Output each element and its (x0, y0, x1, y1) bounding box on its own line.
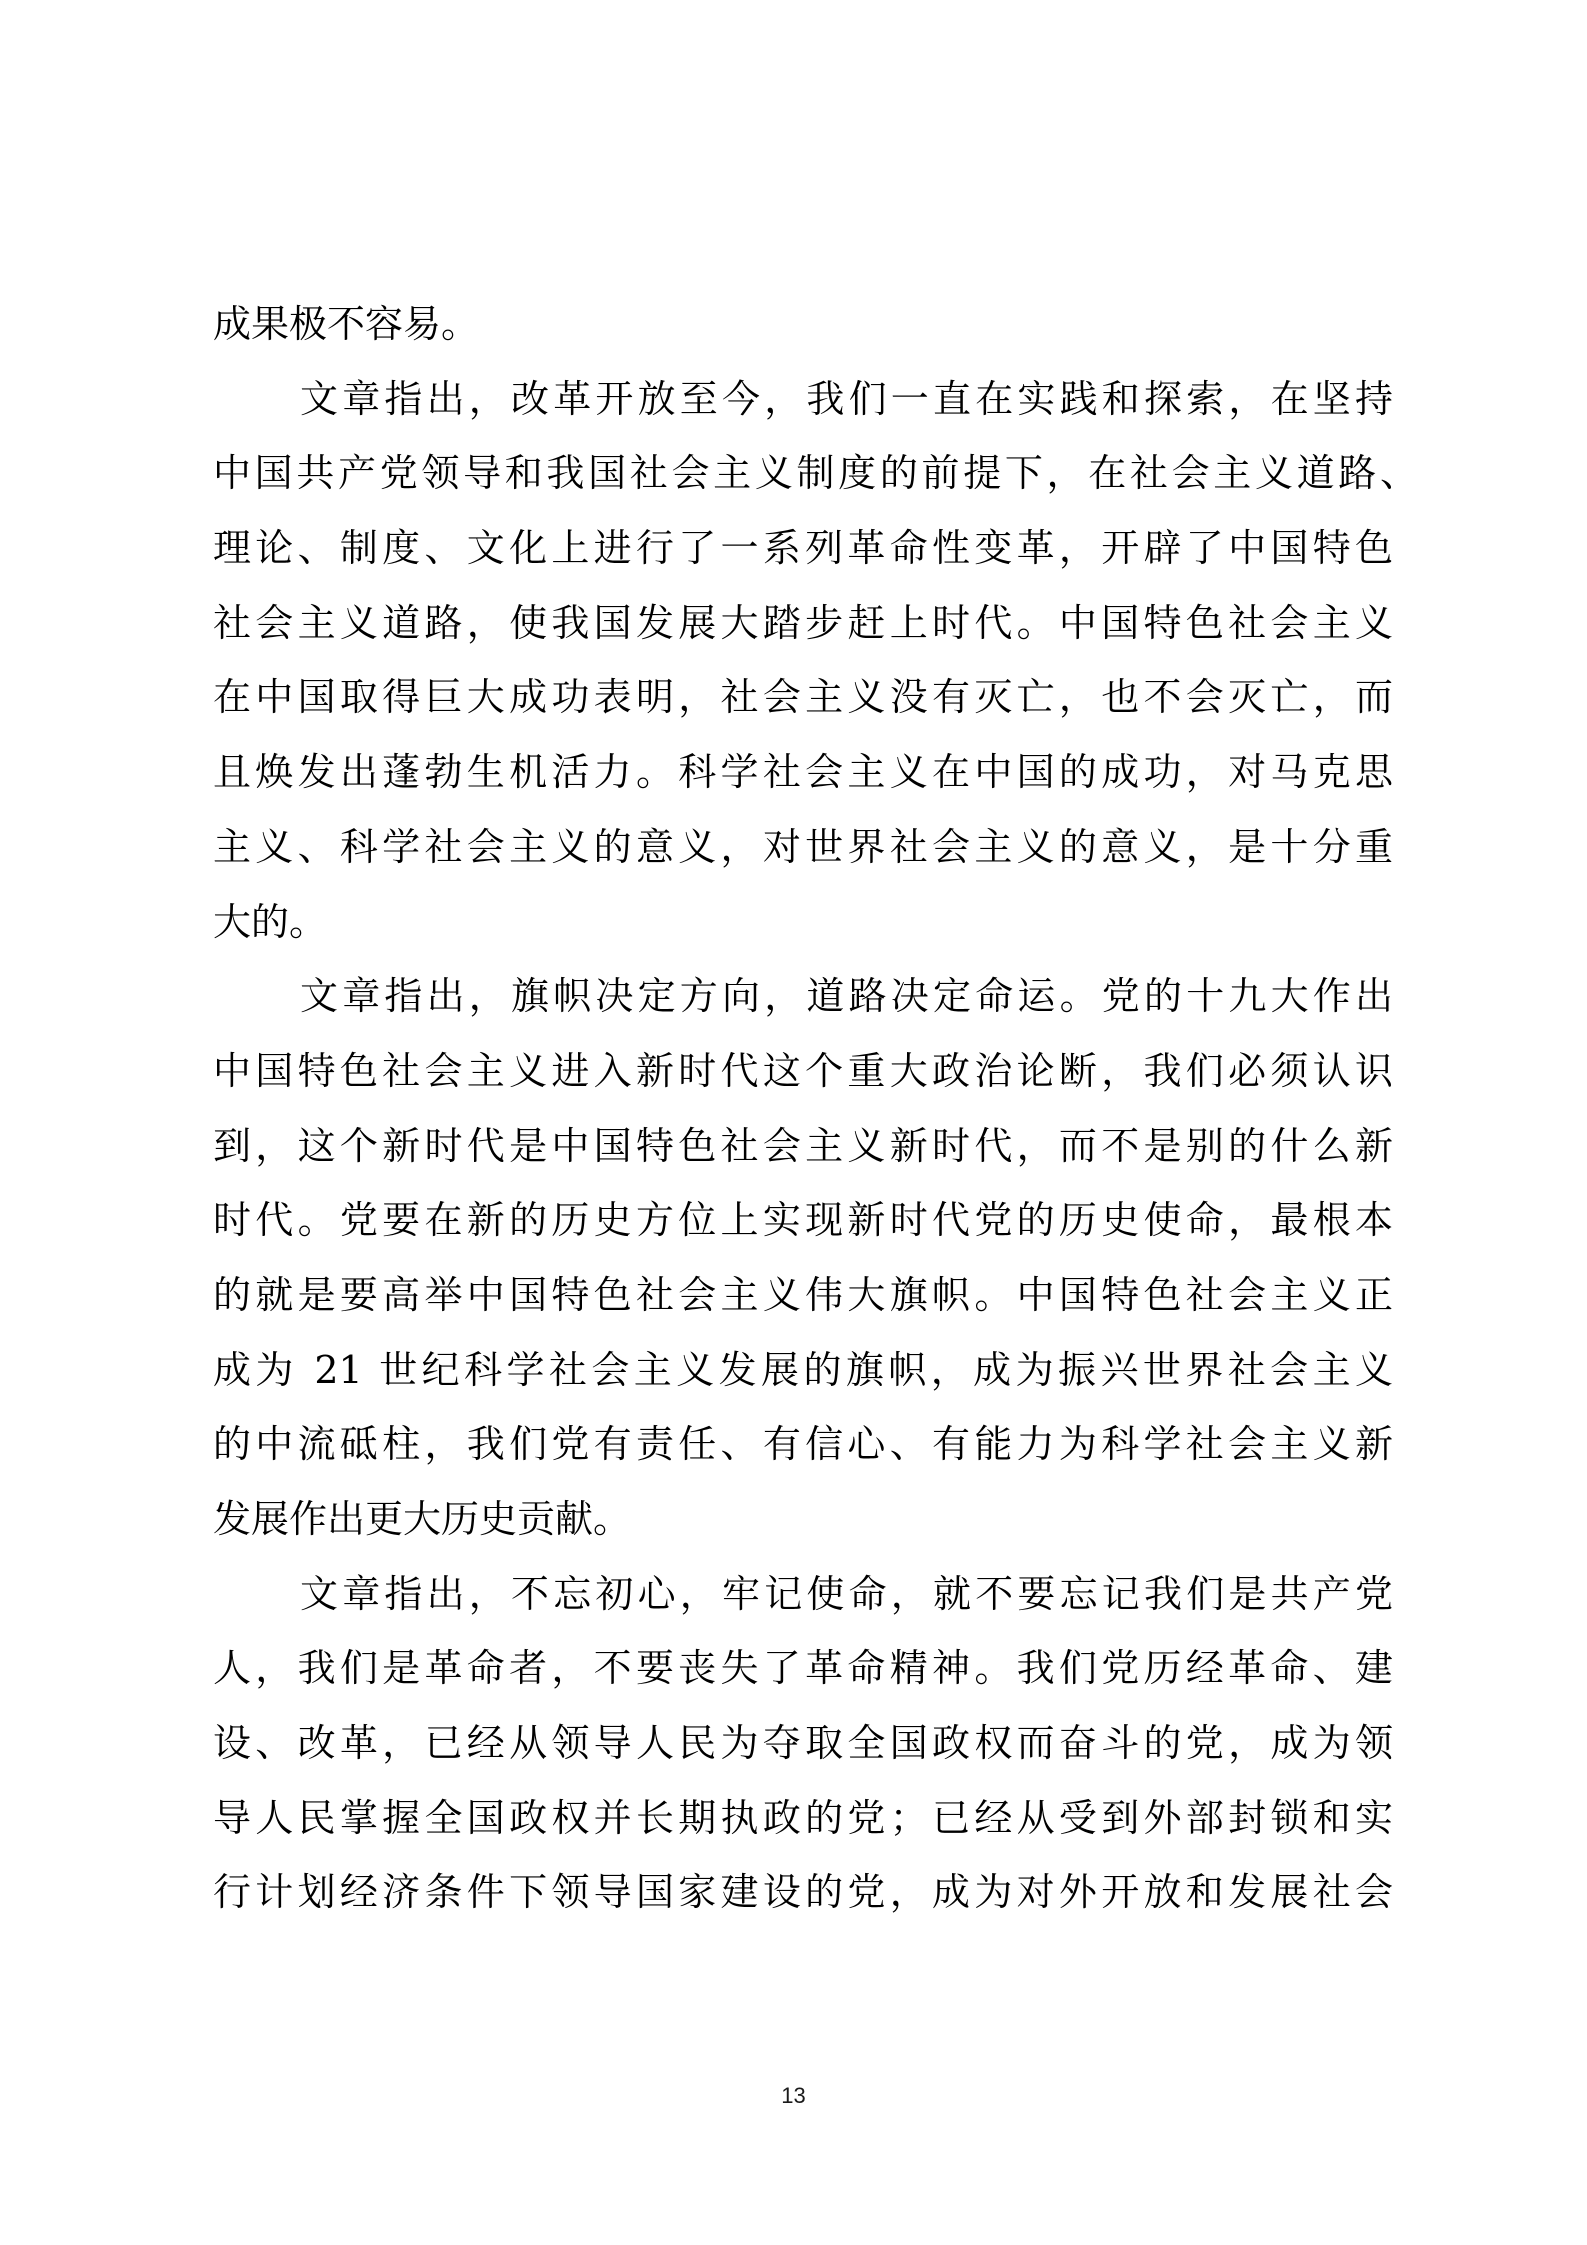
text-line: 且焕发出蓬勃生机活力。科学社会主义在中国的成功，对马克思 (213, 735, 1393, 810)
text-line: 文章指出，不忘初心，牢记使命，就不要忘记我们是共产党 (213, 1557, 1393, 1632)
text-line: 发展作出更大历史贡献。 (213, 1482, 1393, 1557)
text-line: 设、改革，已经从领导人民为夺取全国政权而奋斗的党，成为领 (213, 1706, 1393, 1781)
text-line: 大的。 (213, 885, 1393, 960)
text-line: 导人民掌握全国政权并长期执政的党；已经从受到外部封锁和实 (213, 1781, 1393, 1856)
paragraph-continuation: 成果极不容易。 (213, 287, 1393, 362)
paragraph-reform-and-opening: 文章指出，改革开放至今，我们一直在实践和探索，在坚持 中国共产党领导和我国社会主… (213, 362, 1393, 960)
text-line: 的就是要高举中国特色社会主义伟大旗帜。中国特色社会主义正 (213, 1258, 1393, 1333)
text-line: 主义、科学社会主义的意义，对世界社会主义的意义，是十分重 (213, 810, 1393, 885)
text-line: 理论、制度、文化上进行了一系列革命性变革，开辟了中国特色 (213, 511, 1393, 586)
text-line: 文章指出，旗帜决定方向，道路决定命运。党的十九大作出 (213, 959, 1393, 1034)
text-line: 人，我们是革命者，不要丧失了革命精神。我们党历经革命、建 (213, 1631, 1393, 1706)
text-line: 成果极不容易。 (213, 287, 1393, 362)
text-line: 时代。党要在新的历史方位上实现新时代党的历史使命，最根本 (213, 1183, 1393, 1258)
text-line: 成为 21 世纪科学社会主义发展的旗帜，成为振兴世界社会主义 (213, 1333, 1393, 1408)
text-line: 行计划经济条件下领导国家建设的党，成为对外开放和发展社会 (213, 1855, 1393, 1930)
paragraph-original-aspiration: 文章指出，不忘初心，牢记使命，就不要忘记我们是共产党 人，我们是革命者，不要丧失… (213, 1557, 1393, 1930)
text-line: 在中国取得巨大成功表明，社会主义没有灭亡，也不会灭亡，而 (213, 660, 1393, 735)
body-text: 成果极不容易。 文章指出，改革开放至今，我们一直在实践和探索，在坚持 中国共产党… (213, 287, 1393, 1930)
text-line: 社会主义道路，使我国发展大踏步赶上时代。中国特色社会主义 (213, 586, 1393, 661)
text-line: 中国共产党领导和我国社会主义制度的前提下，在社会主义道路、 (213, 436, 1418, 511)
text-line: 到，这个新时代是中国特色社会主义新时代，而不是别的什么新 (213, 1109, 1393, 1184)
text-line: 中国特色社会主义进入新时代这个重大政治论断，我们必须认识 (213, 1034, 1393, 1109)
page-number: 13 (0, 2083, 1587, 2109)
paragraph-banner-and-direction: 文章指出，旗帜决定方向，道路决定命运。党的十九大作出 中国特色社会主义进入新时代… (213, 959, 1393, 1557)
text-line: 文章指出，改革开放至今，我们一直在实践和探索，在坚持 (213, 362, 1393, 437)
document-page: 成果极不容易。 文章指出，改革开放至今，我们一直在实践和探索，在坚持 中国共产党… (0, 0, 1587, 2245)
text-line: 的中流砥柱，我们党有责任、有信心、有能力为科学社会主义新 (213, 1407, 1393, 1482)
